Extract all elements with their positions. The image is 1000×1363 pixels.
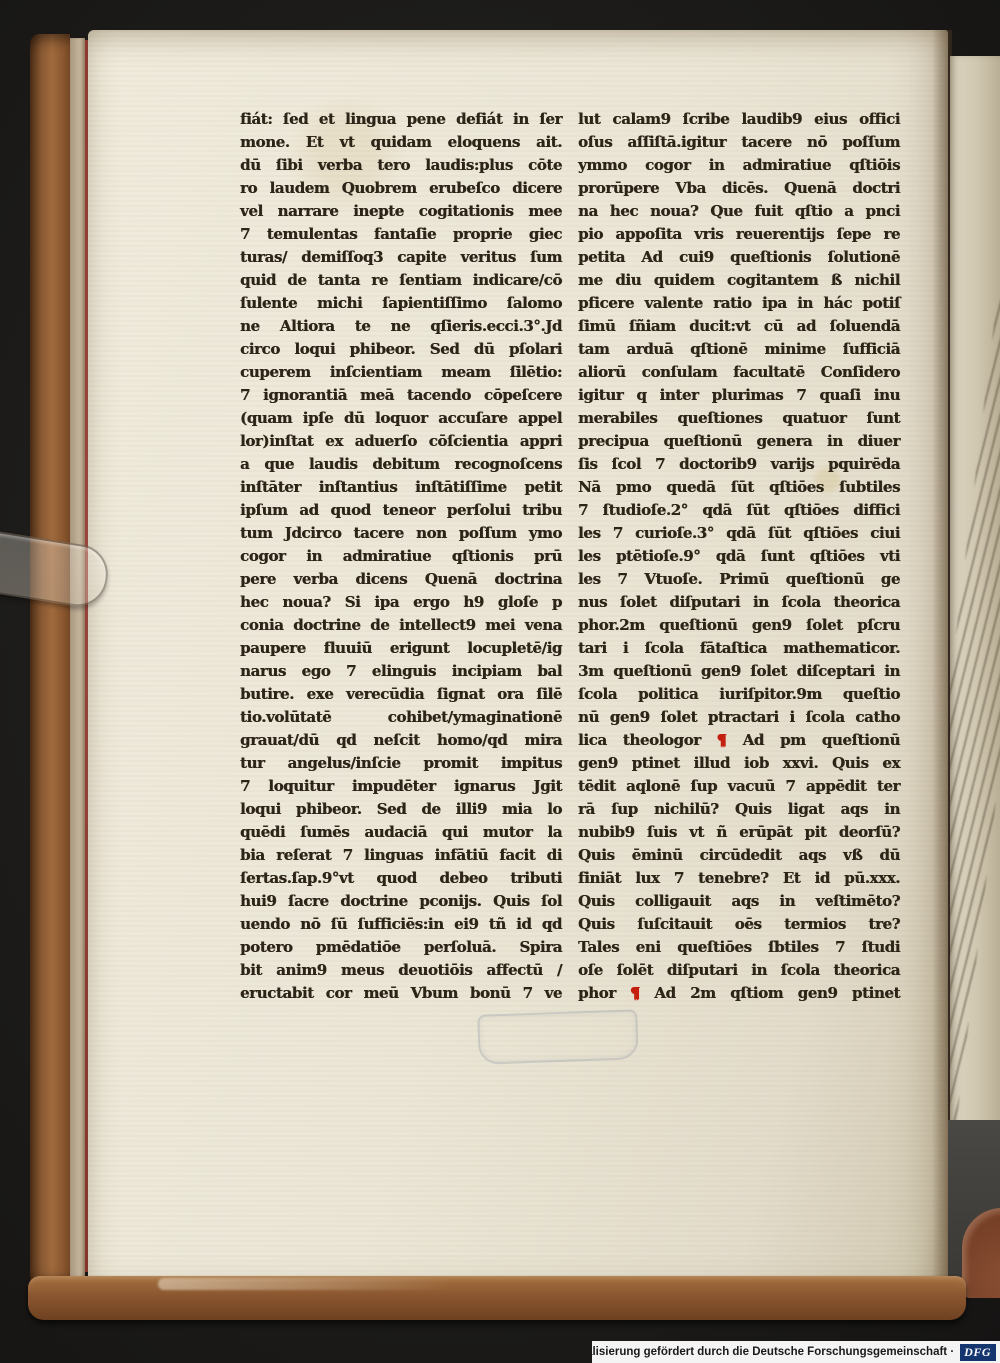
text-line: oſus aſſiſtā.igitur tacere nō poſſum	[578, 131, 900, 154]
text-line: ſcola politica iuriſpitor.9m queſtio	[578, 683, 900, 706]
text-line: petita Ad cui9 queſtionis ſolutionē	[578, 246, 900, 269]
text-line: tum Jdcirco tacere non poſſum ymo	[240, 522, 562, 545]
text-line: rā ſup nichilū? Quis ligat aqs in	[578, 798, 900, 821]
text-line: aliorū conſulam facultatē Conſidero	[578, 361, 900, 384]
text-line: quid de tanta re ſentiam indicare/cō	[240, 269, 562, 292]
scanned-book-page: fiát: ſed et lingua pene defiát in ſermo…	[0, 0, 1000, 1363]
text-line: igitur q inter plurimas 7 quaſi inu	[578, 384, 900, 407]
text-line: a que laudis debitum recognoſcens	[240, 453, 562, 476]
text-line: merabiles queſtiones quatuor ſunt	[578, 407, 900, 430]
text-line: les ptētioſe.9° qdā ſunt qſtiōes vti	[578, 545, 900, 568]
text-line: tio.volūtatē cohibet/ymaginationē	[240, 706, 562, 729]
text-line: tur angelus/inſcie promit impitus	[240, 752, 562, 775]
text-line: butire. exe verecūdia ſignat ora ſilē	[240, 683, 562, 706]
dfg-logo: DFG	[960, 1344, 996, 1361]
text-line: finiāt lux 7 tenebre? Et id pū.xxx.	[578, 867, 900, 890]
text-line: ſertas.ſap.9°vt quod debeo tributi	[240, 867, 562, 890]
text-line: prorūpere Vba dicēs. Quenā doctri	[578, 177, 900, 200]
digitization-banner: Digitalisierung gefördert durch die Deut…	[592, 1341, 1000, 1363]
facing-page-angled-text	[950, 146, 1000, 1126]
facing-page-edge	[950, 56, 1000, 1234]
text-line: oſe ſolēt diſputari in ſcola theorica	[578, 959, 900, 982]
text-line: conia doctrine de intellect9 mei vena	[240, 614, 562, 637]
text-line: gen9 ptinet illud iob xxvi. Quis ex	[578, 752, 900, 775]
text-line: fiát: ſed et lingua pene defiát in ſer	[240, 108, 562, 131]
text-line: (quam ipſe dū loquor accuſare appel	[240, 407, 562, 430]
leather-binding-bottom	[28, 1276, 966, 1320]
blind-stamp	[477, 1009, 639, 1065]
page-gutter-shadow	[932, 30, 952, 1280]
text-line: nū gen9 ſolet ptractari i ſcola catho	[578, 706, 900, 729]
text-line: les 7 curioſe.3° qdā ſūt qſtiōes ciui	[578, 522, 900, 545]
rubric-pilcrow: ¶	[717, 731, 727, 749]
text-line: Quis ſuſcitauit oēs termios tre?	[578, 913, 900, 936]
text-line: circo loqui phibeor. Sed dū pſolari	[240, 338, 562, 361]
text-line: cogor in admiratiue qſtionis prū	[240, 545, 562, 568]
text-line: phor.2m queſtionū gen9 ſolet pſcru	[578, 614, 900, 637]
text-line: me diu quidem cogitantem ß nichil	[578, 269, 900, 292]
text-line: mone. Et vt quidam eloquens ait.	[240, 131, 562, 154]
text-line: tēdit aqlonē ſup vacuū 7 appēdit ter	[578, 775, 900, 798]
text-line: Quis ēminū circūdedit aqs vß dū	[578, 844, 900, 867]
text-line: inſtāter inſtantius inſtātiſſime petit	[240, 476, 562, 499]
text-line: phor ¶ Ad 2m qſtiom gen9 ptinet	[578, 982, 900, 1005]
text-line: 7 ignorantiā meā tacendo cōpeſcere	[240, 384, 562, 407]
text-line: ſulente michi ſapientiſſimo ſalomo	[240, 292, 562, 315]
text-line: 7 loquitur impudēter ignarus Jgit	[240, 775, 562, 798]
text-line: hec noua? Si ipa ergo h9 gloſe p	[240, 591, 562, 614]
text-line: bia reſerat 7 linguas infātiū facit di	[240, 844, 562, 867]
text-line: precipua queſtionū genera in diuer	[578, 430, 900, 453]
text-line: nus ſolet diſputari in ſcola theorica	[578, 591, 900, 614]
text-line: grauat/dū qd neſcit homo/qd mira	[240, 729, 562, 752]
text-line: loqui phibeor. Sed de illi9 mia lo	[240, 798, 562, 821]
text-line: narus ego 7 elinguis incipiam bal	[240, 660, 562, 683]
text-line: hui9 ſacre doctrine pconijs. Quis ſol	[240, 890, 562, 913]
text-line: les 7 Vtuoſe. Primū queſtionū ge	[578, 568, 900, 591]
text-line: 7 ſtudioſe.2° qdā ſūt qſtiōes diffici	[578, 499, 900, 522]
text-line: dū ſibi verba tero laudis:plus cōte	[240, 154, 562, 177]
text-line: ipſum ad quod teneor perſolui tribu	[240, 499, 562, 522]
text-line: Quis colligauit aqs in veſtimēto?	[578, 890, 900, 913]
text-line: na hec noua? Que fuit qſtio a pnci	[578, 200, 900, 223]
text-line: bit anim9 meus deuotiōis affectū /	[240, 959, 562, 982]
text-line: cuperem inſcientiam meam ſilētio:	[240, 361, 562, 384]
text-line: eructabit cor meū Vbum bonū 7 ve	[240, 982, 562, 1005]
leather-binding-left	[30, 34, 70, 1286]
text-line: uendo nō ſū ſufficiēs:in ei9 tñ id qd	[240, 913, 562, 936]
text-line: tam arduā qſtionē minime ſufficiā	[578, 338, 900, 361]
text-line: pere verba dicens Quenā doctrina	[240, 568, 562, 591]
text-line: ro laudem Quobrem erubeſco dicere	[240, 177, 562, 200]
text-line: Nā pmo quedā ſūt qſtiōes ſubtiles	[578, 476, 900, 499]
text-line: 3m queſtionū gen9 ſolet diſceptari in	[578, 660, 900, 683]
text-line: tari i ſcola fātaſtica mathematicor.	[578, 637, 900, 660]
text-line: turas/ demiſſoq3 capite veritus ſum	[240, 246, 562, 269]
text-line: quēdi ſumēs audaciā qui mutor la	[240, 821, 562, 844]
text-line: ymmo cogor in admiratiue qſtiōis	[578, 154, 900, 177]
text-line: paupere fluuiū erigunt locupletē/ig	[240, 637, 562, 660]
text-line: ne Altiora te ne qſieris.ecci.3°.Jd	[240, 315, 562, 338]
text-line: ſis ſcol 7 doctorib9 varijs pquirēda	[578, 453, 900, 476]
text-line: 7 temulentas fantaſie proprie giec	[240, 223, 562, 246]
text-line: pio appoſita vris reuerentijs ſepe re	[578, 223, 900, 246]
text-line: lor)inſtat ex aduerſo cōſcientia appri	[240, 430, 562, 453]
text-column-right: lut calam9 ſcribe laudib9 eius officioſu…	[578, 108, 900, 1005]
parchment-edge-strip	[70, 38, 85, 1278]
text-line: vel narrare inepte cogitationis mee	[240, 200, 562, 223]
text-line: lut calam9 ſcribe laudib9 eius offici	[578, 108, 900, 131]
text-column-left: fiát: ſed et lingua pene defiát in ſermo…	[240, 108, 562, 1005]
text-line: pficere valente ratio ipa in hác potiſ	[578, 292, 900, 315]
rubric-pilcrow: ¶	[630, 984, 640, 1002]
text-line: nubib9 ſuis vt ñ erūpāt pit deorſū?	[578, 821, 900, 844]
text-line: ſimū ſñiam ducit:vt cū ad ſoluendā	[578, 315, 900, 338]
text-line: lica theologor ¶ Ad pm queſtionū	[578, 729, 900, 752]
banner-text: Digitalisierung gefördert durch die Deut…	[561, 1346, 955, 1358]
text-line: potero pmēdatiōe perſoluā. Spira	[240, 936, 562, 959]
text-line: Tales eni queſtiōes ſbtiles 7 ſtudi	[578, 936, 900, 959]
